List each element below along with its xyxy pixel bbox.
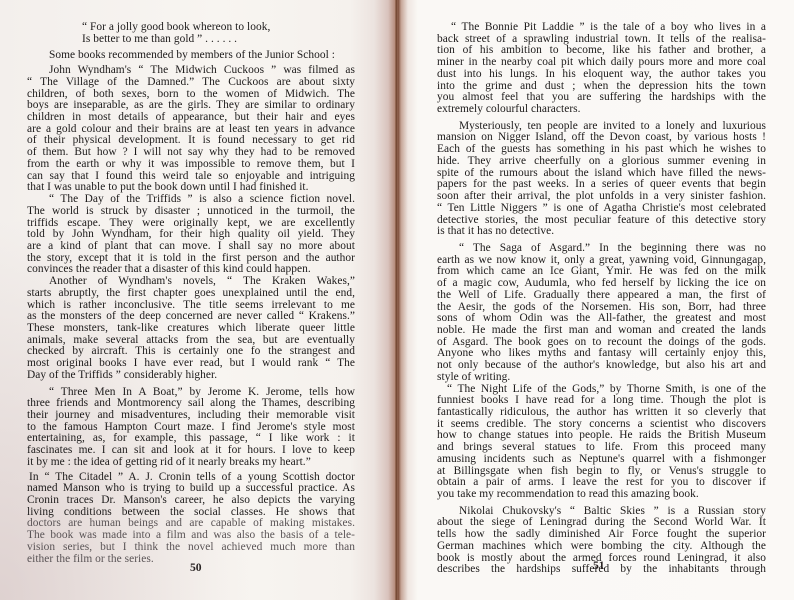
text-line: are a kind of plant that can move. I sha… (27, 241, 355, 253)
text-line: Cronin traces Dr. Manson's career, he al… (27, 495, 355, 507)
paragraph-saga-of-asgard: “ The Saga of Asgard.” In the beginning … (437, 243, 766, 384)
text-line: the Well of Life. Gradually there appear… (437, 290, 766, 302)
text-line: you take my recommendation to read this … (437, 489, 766, 501)
text-line: vision series, but I think the novel ach… (27, 542, 355, 554)
text-line: it by me : the idea of getting rid of it… (27, 457, 355, 469)
page-number-right: 51 (593, 559, 605, 572)
book-spread: “ For a jolly good book whereon to look,… (0, 0, 794, 600)
text-line: fantastically ridiculous, the author has… (437, 407, 766, 419)
verse-line: Is better to me than gold ” . . . . . . (27, 34, 355, 46)
text-line: noble. He made the first man and woman a… (437, 325, 766, 337)
text-line: These monsters, tank-like creatures whic… (27, 323, 355, 335)
paragraph-kraken-wakes: Another of Wyndham's novels, “ The Krake… (27, 276, 355, 381)
paragraph-three-men-in-a-boat: “ Three Men In A Boat,” by Jerome K. Jer… (27, 387, 355, 469)
text-line: from the earth or why it was impossible … (27, 159, 355, 171)
paragraph-bonnie-pit-laddie: “ The Bonnie Pit Laddie ” is the tale of… (437, 22, 766, 116)
text-line: is that it has no detective. (437, 226, 766, 238)
text-line: their journey and misadventures, includi… (27, 410, 355, 422)
text-line: hide. They arrive cheerfully on a glorio… (437, 156, 766, 168)
left-page-text: “ For a jolly good book whereon to look,… (27, 22, 355, 565)
text-line: “ Ten Little Niggers ” is one of Agatha … (437, 203, 766, 215)
right-page-text: “ The Bonnie Pit Laddie ” is the tale of… (437, 22, 766, 576)
text-line: “ The Bonnie Pit Laddie ” is the tale of… (437, 22, 766, 34)
text-line: The world is struck by disaster ; unnoti… (27, 206, 355, 218)
text-line: “ The Village of the Damned.” The Cuckoo… (27, 77, 355, 89)
paragraph-midwich-cuckoos: John Wyndham's “ The Midwich Cuckoos ” w… (27, 65, 355, 194)
text-line: “ The Saga of Asgard.” In the beginning … (437, 243, 766, 255)
paragraph-night-life-of-the-gods: “ The Night Life of the Gods,” by Thorne… (437, 384, 766, 501)
paragraph-ten-little-niggers: Mysteriously, ten people are invited to … (437, 121, 766, 238)
text-line: children in most details of appearance, … (27, 112, 355, 124)
text-line: amusing incidents such as Neptune's quar… (437, 454, 766, 466)
text-line: Day of the Triffids ” considerably highe… (27, 370, 355, 382)
page-number-left: 50 (190, 561, 202, 574)
text-line: dust into his lungs. In his eloquent way… (437, 69, 766, 81)
text-line: style of writing. (437, 372, 766, 384)
paragraph-day-of-the-triffids: “ The Day of the Triffids ” is also a sc… (27, 194, 355, 276)
text-line: starts abruptly, the first chapter goes … (27, 288, 355, 300)
text-line: German machines which were bombing the c… (437, 541, 766, 553)
verse-line: “ For a jolly good book whereon to look, (27, 22, 355, 34)
text-line: extremely colourful characters. (437, 104, 766, 116)
intro-line: Some books recommended by members of the… (27, 50, 355, 62)
book-gutter (395, 0, 398, 600)
paragraph-the-citadel: In “ The Citadel ” A. J. Cronin tells of… (27, 472, 355, 566)
